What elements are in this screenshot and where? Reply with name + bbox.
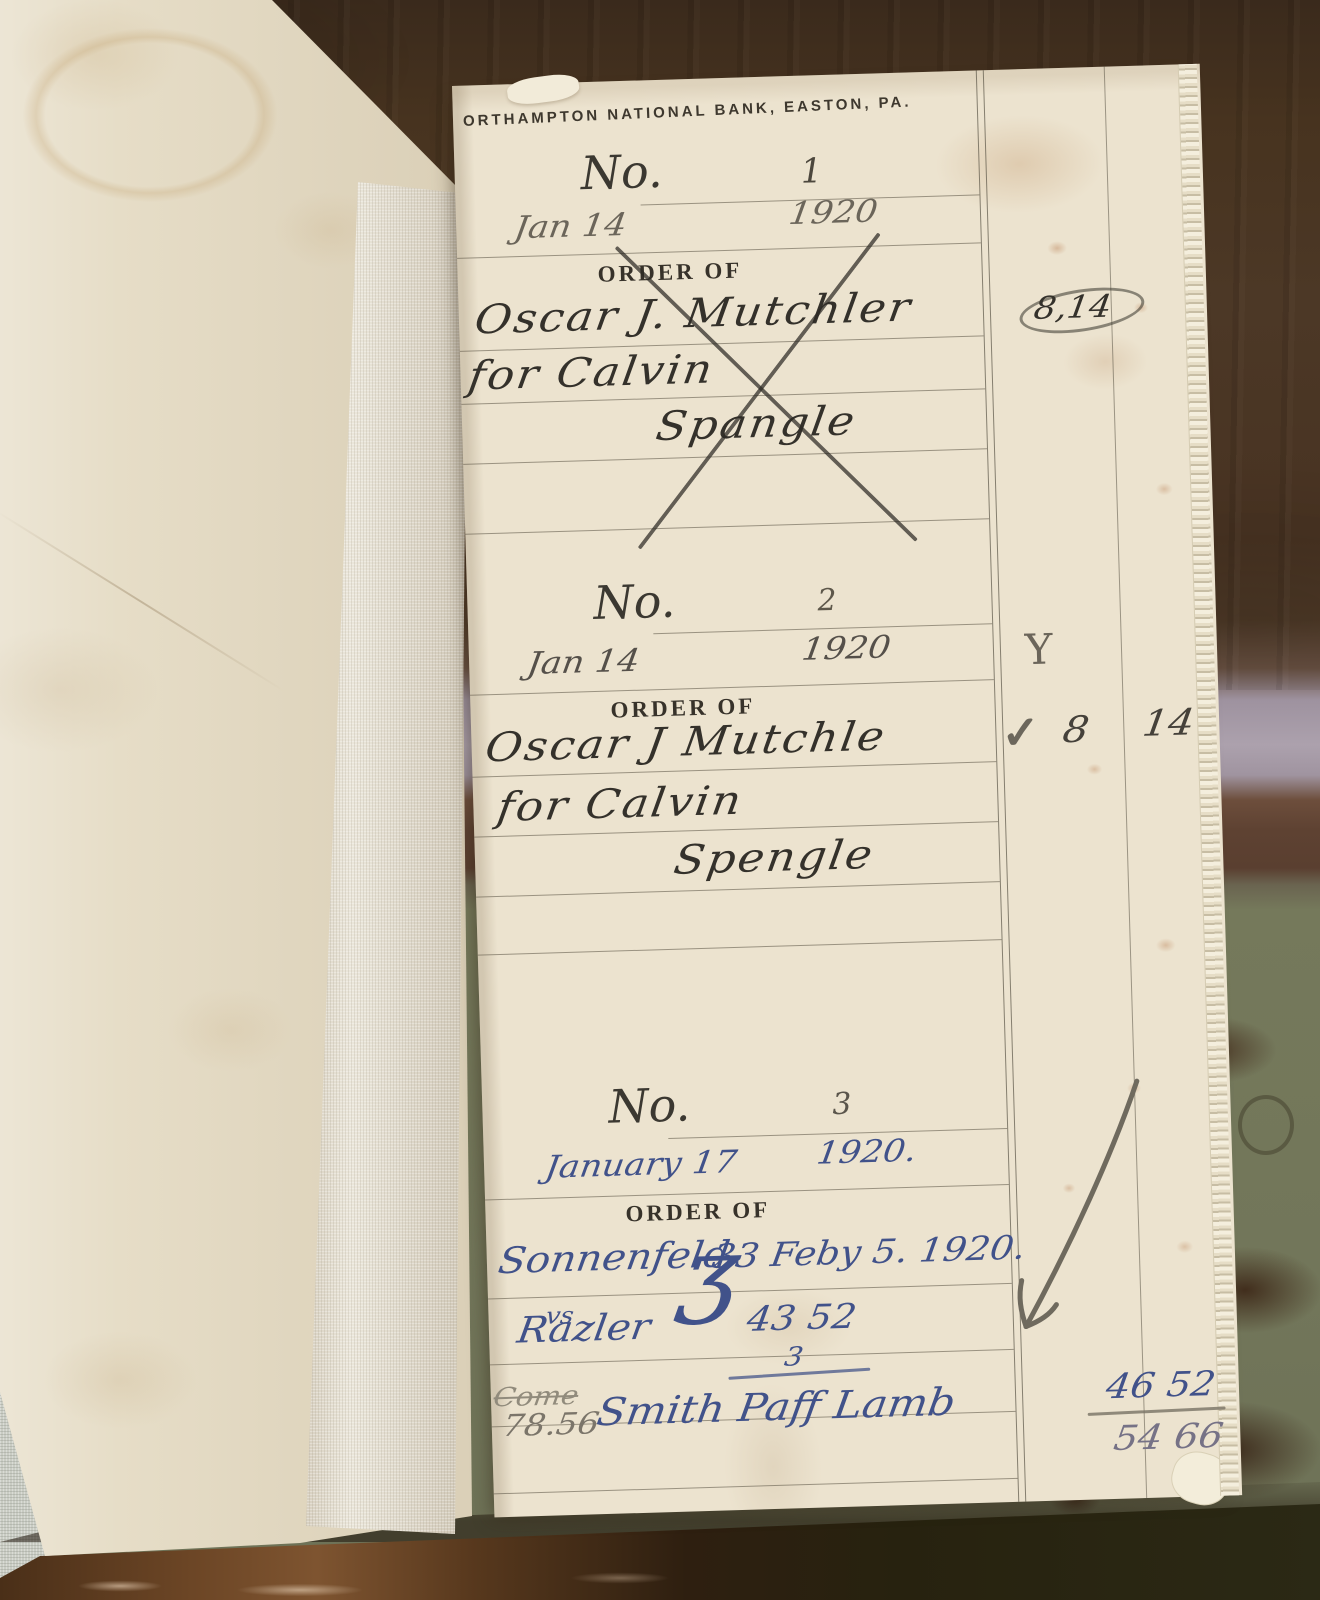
check-stub-page: ORTHAMPTON NATIONAL BANK, EASTON, PA. No… (452, 64, 1242, 1518)
date: Jan 14 (512, 207, 629, 247)
ring-stain (1238, 1095, 1294, 1155)
tally-mark: Y (1024, 624, 1053, 674)
check-number: 3 (832, 1087, 852, 1123)
date: January 17 (543, 1144, 740, 1186)
payee-line: Oscar J. Mutchler (472, 284, 916, 343)
check-number: 1 (800, 151, 823, 192)
ruled-line (494, 1478, 1018, 1495)
payee-line: Spangle (653, 398, 860, 450)
check-mark: ✓ (1001, 705, 1041, 760)
entry-amount: 43 52 (744, 1296, 859, 1339)
ruled-line (478, 939, 1002, 956)
brace-mark: ʒ (675, 1226, 747, 1320)
amount-cross-out (1016, 280, 1147, 341)
no-label: No. (608, 1077, 691, 1133)
no-label: No. (593, 574, 676, 630)
total-top: 46 52 (1103, 1364, 1218, 1407)
check-arrow-mark (987, 1071, 1156, 1366)
check-number: 2 (817, 583, 837, 619)
date-year: 1920. (814, 1133, 919, 1172)
photo-scene: ORTHAMPTON NATIONAL BANK, EASTON, PA. No… (0, 0, 1320, 1600)
date-year: 1920 (799, 629, 893, 668)
ruled-line (490, 1349, 1014, 1366)
entry-name: Razler (515, 1307, 654, 1352)
payee-line: Spengle (671, 832, 878, 884)
ruled-line (488, 1283, 1012, 1300)
cover-crease (0, 510, 285, 692)
date-year: 1920 (786, 193, 880, 232)
entry-names: Smith Paff Lamb (594, 1380, 958, 1435)
order-of-label: ORDER OF (597, 257, 742, 287)
no-label: No. (580, 144, 663, 200)
amount-cents: 14 (1140, 702, 1197, 745)
entry-amount-sub: 3 (782, 1342, 805, 1373)
pencil-amount: 78.56 (500, 1406, 601, 1444)
amount-dollars: 8 (1060, 709, 1092, 751)
ruled-line (476, 881, 1000, 898)
ruled-line (463, 448, 987, 465)
total-bottom: 54 66 (1111, 1416, 1226, 1459)
payee-line: for Calvin (465, 346, 717, 400)
total-underline (1088, 1406, 1226, 1415)
date: Jan 14 (525, 643, 642, 683)
entry-detail: 33 Feby 5. 1920. (709, 1227, 1028, 1275)
payee-line: Oscar J Mutchle (482, 713, 889, 771)
payee-line: for Calvin (494, 778, 746, 832)
